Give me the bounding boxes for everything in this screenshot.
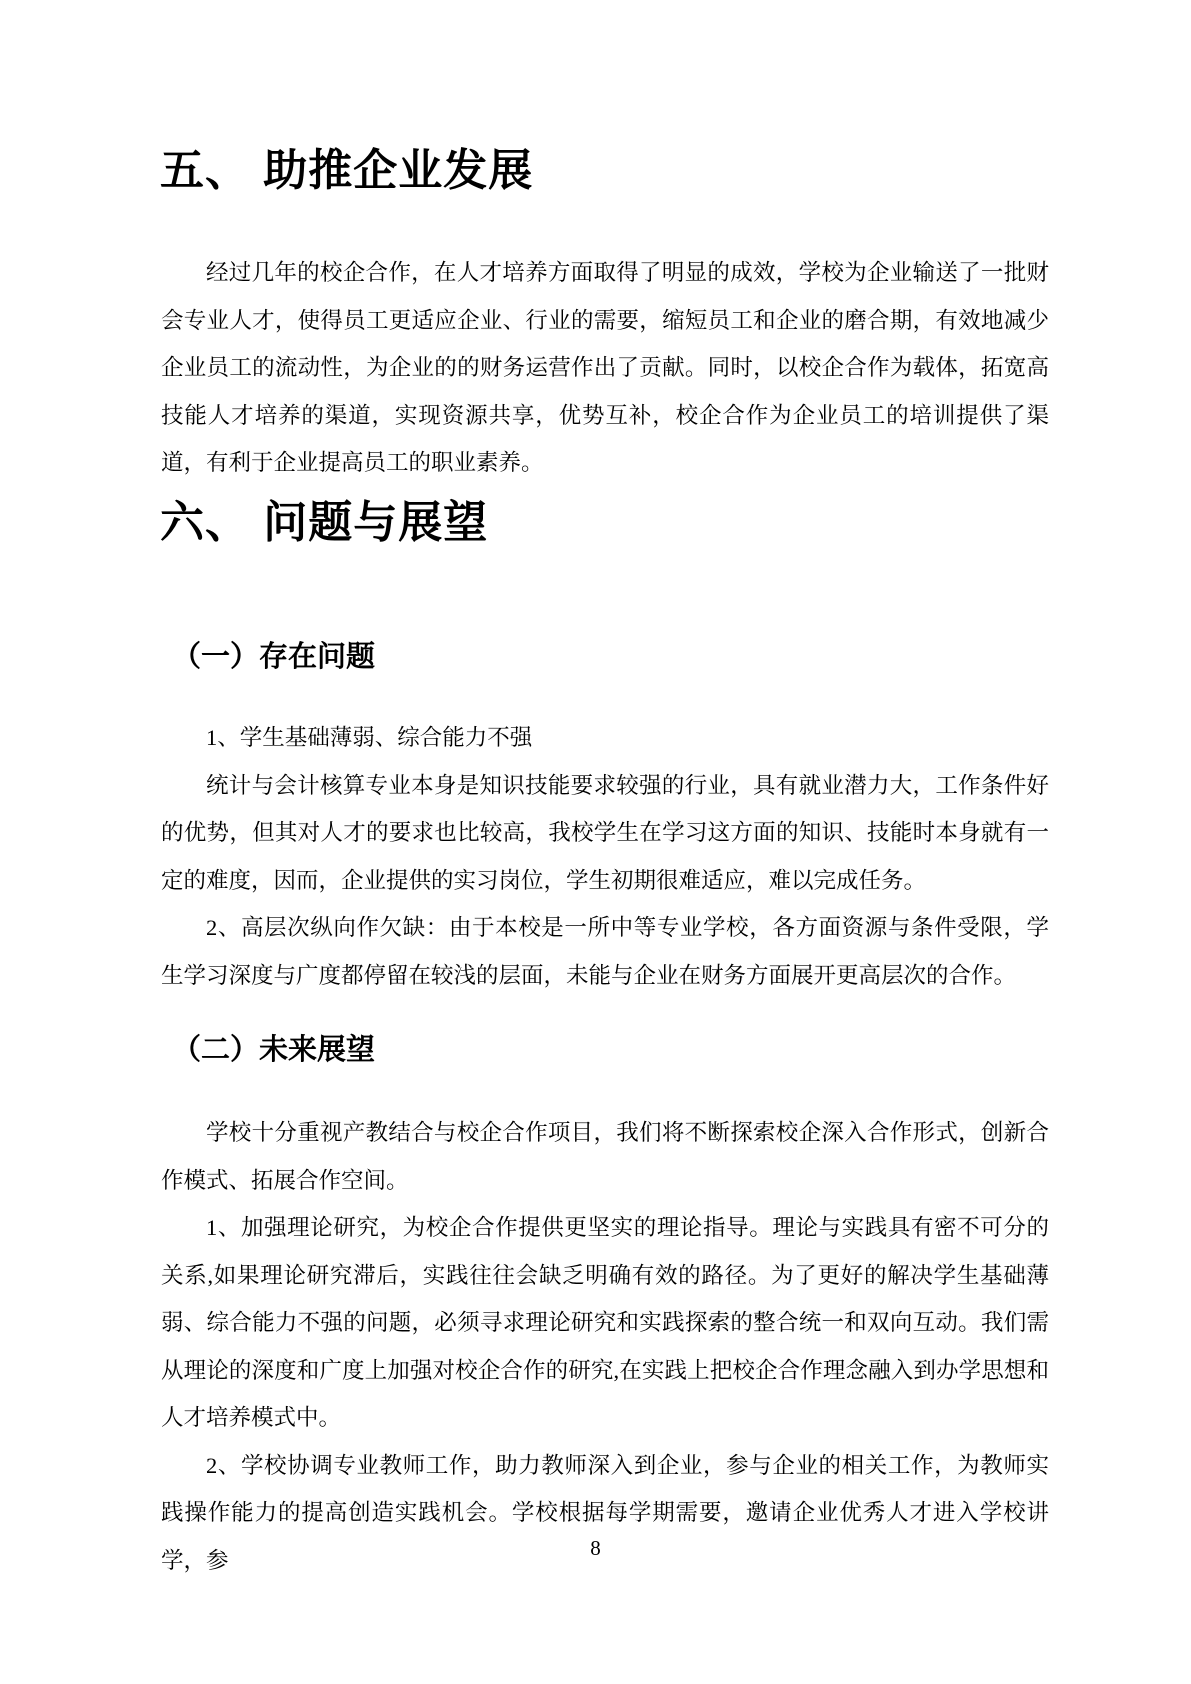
outlook-item1-paragraph: 1、加强理论研究，为校企合作提供更坚实的理论指导。理论与实践具有密不可分的关系,…	[161, 1204, 1049, 1442]
problems-item1-paragraph: 统计与会计核算专业本身是知识技能要求较强的行业，具有就业潜力大，工作条件好的优势…	[161, 762, 1049, 905]
outlook-intro-paragraph: 学校十分重视产教结合与校企合作项目，我们将不断探索校企深入合作形式，创新合作模式…	[161, 1109, 1049, 1204]
section5-body: 经过几年的校企合作，在人才培养方面取得了明显的成效，学校为企业输送了一批财会专业…	[161, 249, 1049, 487]
subsection-outlook-heading: （二）未来展望	[172, 1032, 1052, 1070]
subsection-problems-heading: （一）存在问题	[172, 639, 1052, 677]
section5-heading: 五、 助推企业发展	[160, 142, 1060, 199]
page-number: 8	[0, 1536, 1191, 1561]
document-page: 五、 助推企业发展 经过几年的校企合作，在人才培养方面取得了明显的成效，学校为企…	[0, 0, 1191, 1684]
problems-item2-paragraph: 2、高层次纵向作欠缺：由于本校是一所中等专业学校，各方面资源与条件受限，学生学习…	[161, 904, 1049, 999]
problems-item1-title: 1、学生基础薄弱、综合能力不强	[161, 714, 1049, 762]
section5-paragraph: 经过几年的校企合作，在人才培养方面取得了明显的成效，学校为企业输送了一批财会专业…	[161, 249, 1049, 487]
outlook-item2-paragraph: 2、学校协调专业教师工作，助力教师深入到企业，参与企业的相关工作，为教师实践操作…	[161, 1442, 1049, 1585]
outlook-body: 学校十分重视产教结合与校企合作项目，我们将不断探索校企深入合作形式，创新合作模式…	[161, 1109, 1049, 1584]
section6-heading: 六、 问题与展望	[160, 494, 1060, 551]
problems-body: 1、学生基础薄弱、综合能力不强 统计与会计核算专业本身是知识技能要求较强的行业，…	[161, 714, 1049, 999]
